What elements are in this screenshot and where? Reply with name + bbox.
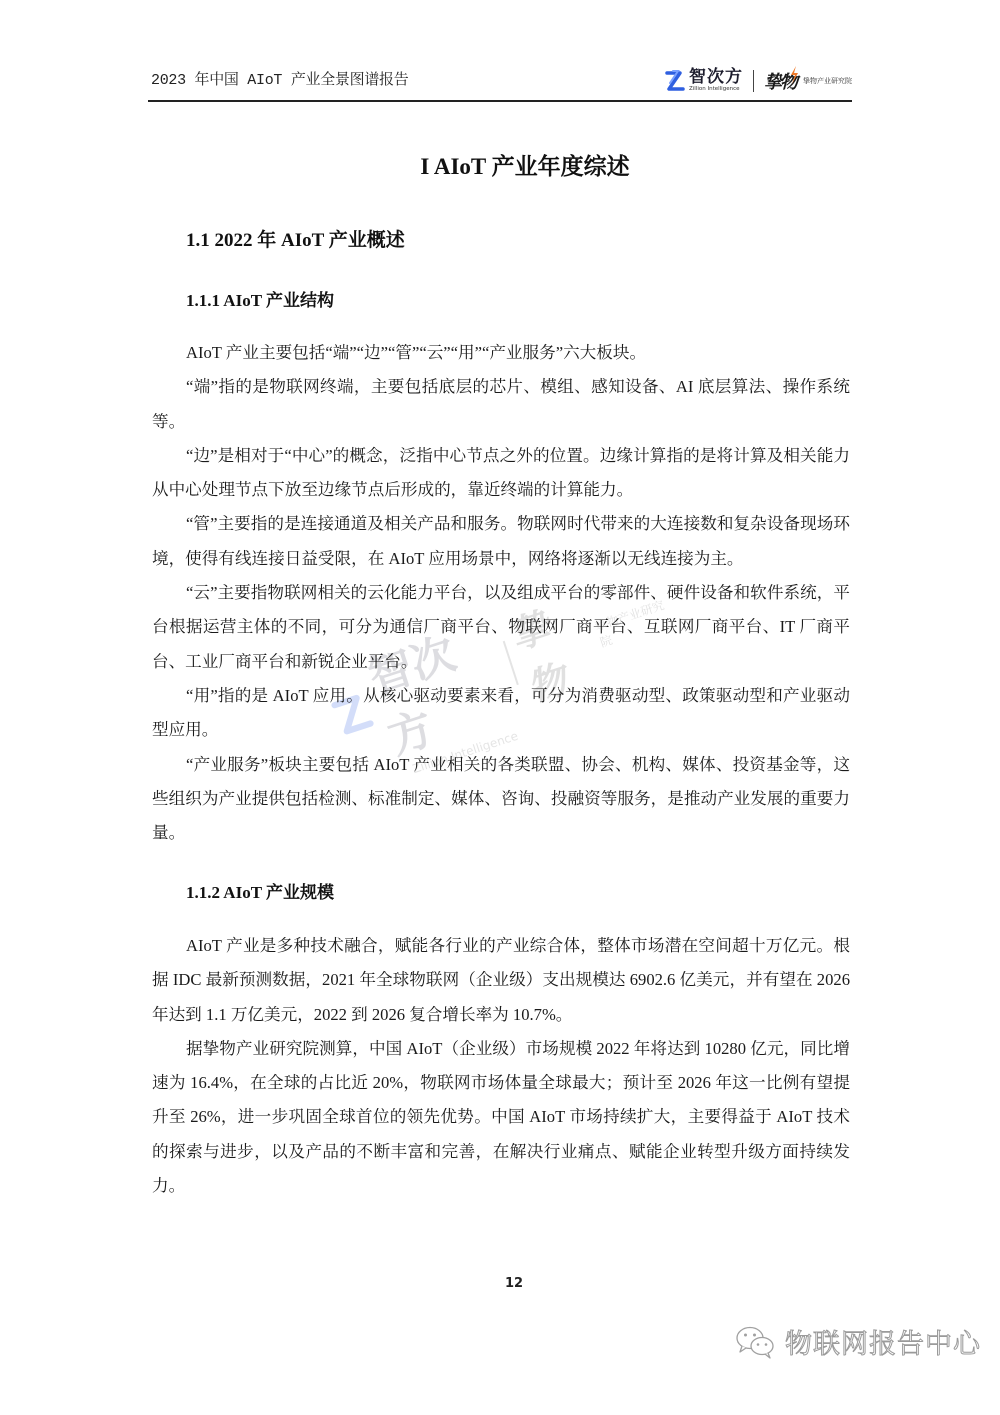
chapter-title: I AIoT 产业年度综述 [0, 148, 1000, 181]
paragraph: “端”指的是物联网终端，主要包括底层的芯片、模组、感知设备、AI 底层算法、操作… [152, 370, 850, 439]
wechat-account-mark: 物联网报告中心 [735, 1322, 981, 1361]
page-header: 2023 年中国 AIoT 产业全景图谱报告 智次方 Zillion Intel… [148, 60, 852, 102]
section-heading: 1.1 2022 年 AIoT 产业概述 [186, 225, 405, 252]
lightning-bolt-icon [789, 66, 799, 84]
paragraph: 据挚物产业研究院测算，中国 AIoT（企业级）市场规模 2022 年将达到 10… [152, 1032, 850, 1203]
paragraph: AIoT 产业是多种技术融合，赋能各行业的产业综合体，整体市场潜在空间超十万亿元… [152, 929, 850, 1032]
zillion-logo-icon [664, 69, 686, 93]
zillion-logo-en: Zillion Intelligence [689, 87, 743, 93]
report-title: 2023 年中国 AIoT 产业全景图谱报告 [151, 68, 408, 89]
zillion-logo: 智次方 Zillion Intelligence [664, 69, 743, 93]
paragraph: “产业服务”板块主要包括 AIoT 产业相关的各类联盟、协会、机构、媒体、投资基… [152, 748, 850, 851]
wechat-account-name: 物联网报告中心 [785, 1322, 981, 1361]
paragraph: “边”是相对于“中心”的概念，泛指中心节点之外的位置。边缘计算指的是将计算及相关… [152, 439, 850, 508]
wechat-icon [735, 1325, 777, 1359]
header-rule [148, 100, 852, 102]
subsection-heading-structure: 1.1.1 AIoT 产业结构 [186, 286, 334, 311]
paragraph: AIoT 产业主要包括“端”“边”“管”“云”“用”“产业服务”六大板块。 [152, 336, 850, 370]
structure-paragraphs: AIoT 产业主要包括“端”“边”“管”“云”“用”“产业服务”六大板块。 “端… [152, 336, 850, 850]
paragraph: “管”主要指的是连接通道及相关产品和服务。物联网时代带来的大连接数和复杂设备现场… [152, 507, 850, 576]
page-number: 12 [0, 1276, 1000, 1291]
zhiwu-logo-name: 挚物产业研究院 [803, 76, 852, 86]
scale-paragraphs: AIoT 产业是多种技术融合，赋能各行业的产业综合体，整体市场潜在空间超十万亿元… [152, 929, 850, 1203]
zhiwu-logo-mark: 挚物 [764, 68, 796, 94]
logo-divider [753, 70, 754, 92]
header-logos: 智次方 Zillion Intelligence 挚物 挚物产业研究院 [664, 66, 852, 96]
paragraph: “云”主要指物联网相关的云化能力平台，以及组成平台的零部件、硬件设备和软件系统，… [152, 576, 850, 679]
paragraph: “用”指的是 AIoT 应用。从核心驱动要素来看，可分为消费驱动型、政策驱动型和… [152, 679, 850, 748]
zillion-logo-cn: 智次方 [689, 69, 743, 86]
subsection-heading-scale: 1.1.2 AIoT 产业规模 [186, 878, 334, 903]
zhiwu-logo: 挚物 挚物产业研究院 [764, 68, 852, 94]
